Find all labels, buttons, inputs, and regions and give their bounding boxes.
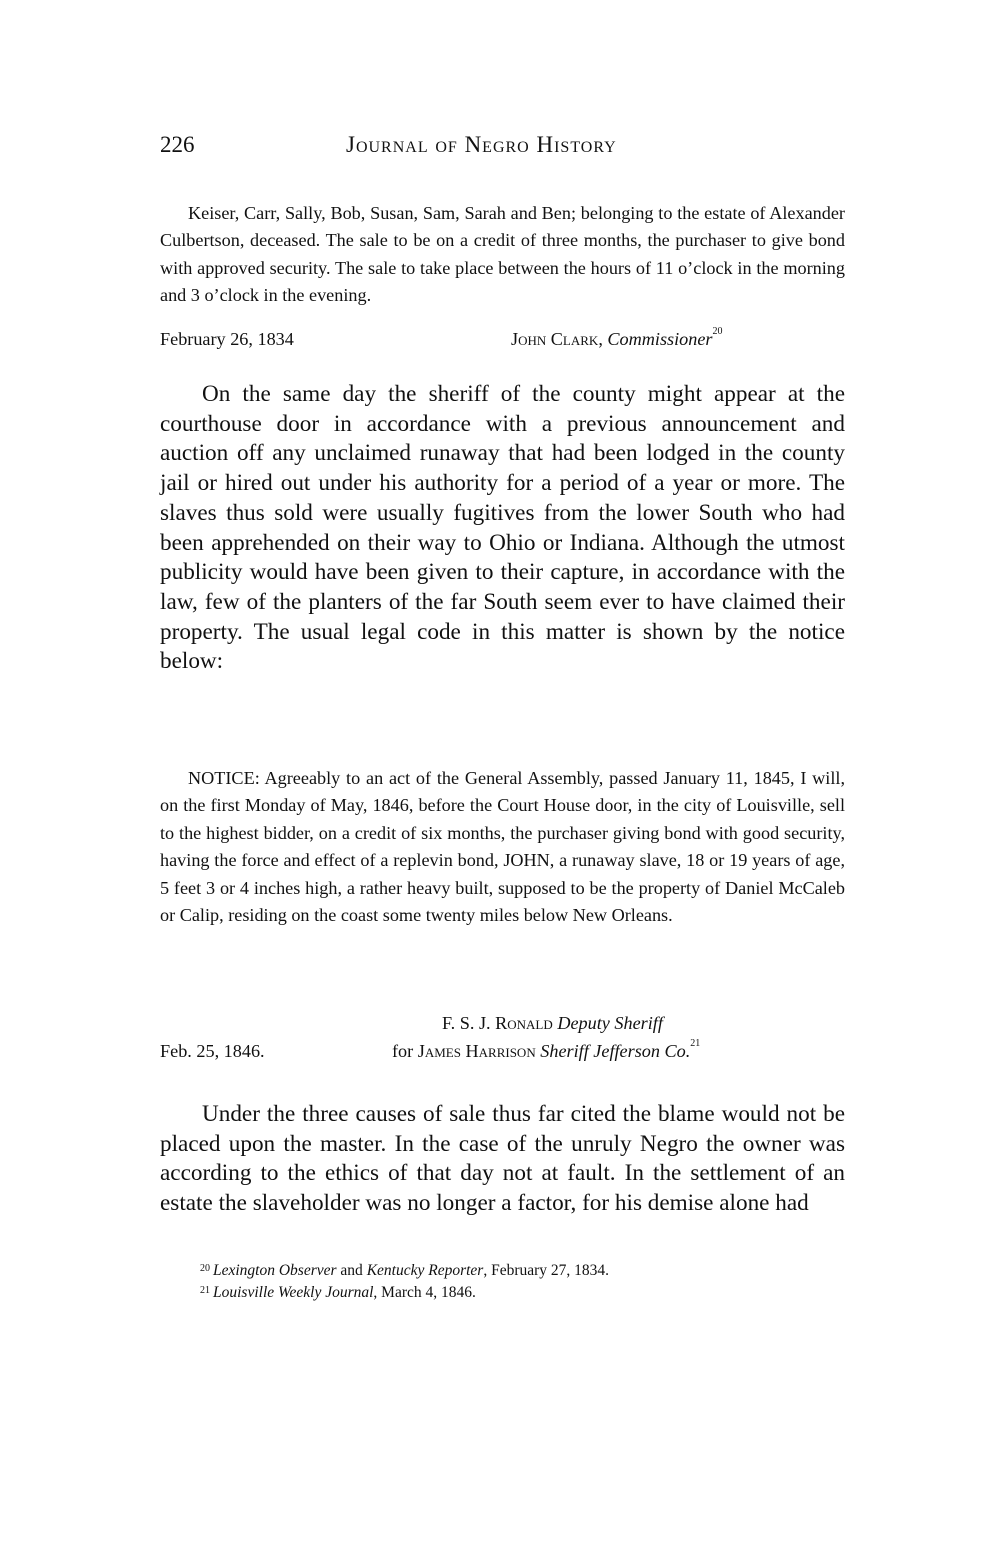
commissioner-notice-text: Keiser, Carr, Sally, Bob, Susan, Sam, Sa… — [160, 200, 845, 310]
commissioner-notice-date: February 26, 1834 — [160, 329, 294, 350]
deputy-sheriff-signature: F. S. J. Ronald Deputy Sheriff — [160, 1013, 845, 1040]
journal-title: Journal of Negro History — [346, 132, 617, 158]
footnotes: 20Lexington Observer and Kentucky Report… — [200, 1260, 860, 1304]
page-number: 226 — [160, 132, 195, 158]
notice-lead: NOTICE — [188, 768, 255, 788]
sheriff-signature-line: Feb. 25, 1846. for James Harrison Sherif… — [160, 1041, 845, 1068]
footnote-ref-20[interactable]: 20 — [713, 326, 723, 337]
commissioner-notice-signature: February 26, 1834 John Clark, Commission… — [160, 329, 845, 356]
body-paragraph-1: On the same day the sheriff of the count… — [160, 380, 845, 677]
footnote-20: 20Lexington Observer and Kentucky Report… — [200, 1260, 860, 1282]
commissioner-signer: John Clark, Commissioner20 — [511, 329, 723, 350]
running-head: 226 Journal of Negro History — [160, 132, 845, 162]
footnote-21: 21Louisville Weekly Journal, March 4, 18… — [200, 1282, 860, 1304]
sheriff-notice-date: Feb. 25, 1846. — [160, 1041, 265, 1062]
footnote-ref-21[interactable]: 21 — [690, 1038, 700, 1049]
sheriff-notice-text: NOTICE: Agreeably to an act of the Gener… — [160, 765, 845, 929]
body-paragraph-2: Under the three causes of sale thus far … — [160, 1100, 845, 1219]
